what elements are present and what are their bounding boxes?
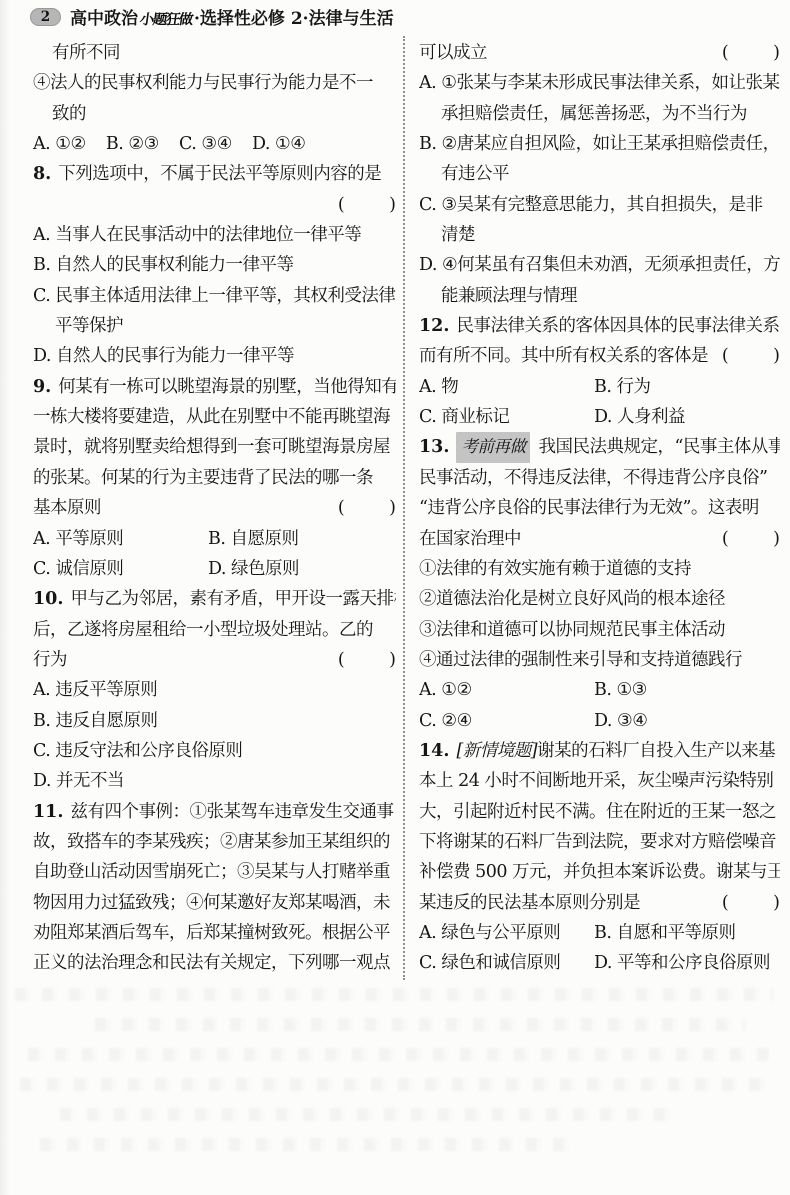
line-text: A. ①张某与李某未形成民事法律关系，如让张某: [419, 68, 779, 98]
answer-bracket: ( ): [722, 524, 780, 554]
stem-line: 后，乙遂将房屋租给一小型垃圾处理站。乙的: [33, 615, 396, 645]
stem-line: 正义的法治理念和民法有关规定，下列哪一观点: [33, 948, 396, 978]
option-c: C. 绿色和诚信原则: [419, 948, 594, 978]
line-text: 景时，就将别墅卖给想得到一套可眺望海景房屋: [33, 432, 390, 462]
line-text: 有所不同: [52, 38, 120, 68]
line-text: 劝阻郑某酒后驾车，后郑某撞树致死。根据公平: [33, 918, 390, 948]
option-line: C. 绿色和诚信原则D. 平等和公序良俗原则: [419, 948, 780, 978]
stem-line: 本上 24 小时不间断地开采，灰尘噪声污染特别: [419, 766, 780, 796]
stem-line: 基本原则( ): [33, 493, 396, 523]
answer-bracket: ( ): [338, 645, 396, 675]
line-text: 甲与乙为邻居，素有矛盾，甲开设一露天排档: [70, 584, 396, 614]
option-line: C. 违反守法和公序良俗原则: [33, 736, 396, 766]
stem-line: 的张某。何某的行为主要违背了民法的哪一条: [33, 463, 396, 493]
stem-line: “违背公序良俗的民事法律行为无效”。这表明: [419, 493, 780, 523]
option-line: C. ③吴某有完整意思能力，其自担损失，是非: [419, 190, 780, 220]
page-header: 2 高中政治小题狂做·选择性必修 2·法律与生活: [30, 4, 394, 29]
question-12-stem: 12.民事法律关系的客体因具体的民事法律关系: [419, 311, 780, 341]
option-b: B. 自愿原则: [208, 524, 299, 554]
continuation-line: 有所不同: [33, 38, 396, 68]
line-text: C. 民事主体适用法律上一律平等，其权利受法律: [33, 281, 395, 311]
option-line: C. ②④D. ③④: [419, 706, 780, 736]
stem-line: 某违反的民法基本原则分别是( ): [419, 888, 780, 918]
option-line: A. 绿色与公平原则B. 自愿和平等原则: [419, 918, 780, 948]
stem-line: 可以成立( ): [419, 38, 780, 68]
line-text: B. 违反自愿原则: [33, 706, 158, 736]
stem-line: 民事活动，不得违反法律，不得违背公序良俗”: [419, 463, 780, 493]
option-d: D. 平等和公序良俗原则: [594, 948, 770, 978]
option-line: D. 并无不当: [33, 766, 396, 796]
right-column: 可以成立( ) A. ①张某与李某未形成民事法律关系，如让张某 承担赔偿责任，属…: [419, 38, 780, 979]
line-text: 下将谢某的石料厂告到法院，要求对方赔偿噪音: [419, 827, 776, 857]
option-line: B. ②唐某应自担风险，如让王某承担赔偿责任，: [419, 129, 780, 159]
line-text: A. 违反平等原则: [33, 675, 157, 705]
page-number-badge: 2: [30, 8, 61, 26]
question-14-stem: 14.[新情境题]谢某的石料厂自投入生产以来基: [419, 736, 780, 766]
page-number: 2: [41, 9, 50, 25]
option-line: A. ①张某与李某未形成民事法律关系，如让张某: [419, 68, 780, 98]
line-text: 后，乙遂将房屋租给一小型垃圾处理站。乙的: [33, 615, 373, 645]
line-text: 一栋大楼将要建造，从此在别墅中不能再眺望海: [33, 402, 390, 432]
statement-line: ③法律和道德可以协同规范民事主体活动: [419, 615, 780, 645]
question-number: 12.: [419, 311, 449, 341]
option-line: D. ④何某虽有召集但未劝酒，无须承担责任，方: [419, 250, 780, 280]
option-a: A. 绿色与公平原则: [419, 918, 594, 948]
option-wrap-line: 平等保护: [33, 311, 396, 341]
question-number: 13.: [419, 432, 449, 462]
stem-line: 行为( ): [33, 645, 396, 675]
line-text: D. 并无不当: [33, 766, 124, 796]
line-text: 致的: [52, 99, 86, 129]
option-line: C. 诚信原则D. 绿色原则: [33, 554, 396, 584]
bleed-through-row: [20, 1078, 772, 1091]
option-a: A. 平等原则: [33, 524, 208, 554]
answer-bracket: ( ): [338, 493, 396, 523]
stem-line: 补偿费 500 万元，并负担本案诉讼费。谢某与王: [419, 857, 780, 887]
line-text: ④通过法律的强制性来引导和支持道德践行: [419, 645, 742, 675]
option-line: B. 违反自愿原则: [33, 706, 396, 736]
option-line: A. 物B. 行为: [419, 372, 780, 402]
line-text: 物因用力过猛致残；④何某邀好友郑某喝酒，未: [33, 888, 390, 918]
line-text: B. ②唐某应自担风险，如让王某承担赔偿责任，: [419, 129, 780, 159]
line-text: C. ③吴某有完整意思能力，其自担损失，是非: [419, 190, 763, 220]
line-text: 而有所不同。其中所有权关系的客体是: [419, 341, 708, 371]
stem-line: 而有所不同。其中所有权关系的客体是( ): [419, 341, 780, 371]
line-text: 能兼顾法理与情理: [441, 281, 577, 311]
line-text: 某违反的民法基本原则分别是: [419, 888, 640, 918]
line-text: A. ①② B. ②③ C. ③④ D. ①④: [33, 129, 305, 159]
line-text: ③法律和道德可以协同规范民事主体活动: [419, 615, 725, 645]
stem-line: 一栋大楼将要建造，从此在别墅中不能再眺望海: [33, 402, 396, 432]
question-number: 14.: [419, 736, 449, 766]
option-line: C. 民事主体适用法律上一律平等，其权利受法律: [33, 281, 396, 311]
line-text: 自助登山活动因雪崩死亡；③吴某与人打赌举重: [33, 857, 390, 887]
stem-line: 劝阻郑某酒后驾车，后郑某撞树致死。根据公平: [33, 918, 396, 948]
line-text: 民事法律关系的客体因具体的民事法律关系: [456, 311, 779, 341]
option-b: B. 行为: [594, 372, 651, 402]
bleed-through-row: [40, 1138, 580, 1151]
option-d: D. ③④: [594, 706, 647, 736]
option-c: C. ②④: [419, 706, 594, 736]
stem-line: 下将谢某的石料厂告到法院，要求对方赔偿噪音: [419, 827, 780, 857]
line-text: C. 违反守法和公序良俗原则: [33, 736, 242, 766]
question-10-stem: 10.甲与乙为邻居，素有矛盾，甲开设一露天排档: [33, 584, 396, 614]
line-text: 补偿费 500 万元，并负担本案诉讼费。谢某与王: [419, 857, 780, 887]
line-text: 有违公平: [441, 159, 509, 189]
scan-edge-shadow: [0, 0, 10, 1195]
line-text: 何某有一栋可以眺望海景的别墅，当他得知有: [58, 372, 396, 402]
workbook-page: { "header": { "page_number": "2", "cours…: [0, 0, 790, 1195]
book-title: 高中政治小题狂做·选择性必修 2·法律与生活: [70, 4, 394, 29]
stem-line: 物因用力过猛致残；④何某邀好友郑某喝酒，未: [33, 888, 396, 918]
bleed-through-row: [15, 988, 773, 1001]
line-text: 在国家治理中: [419, 524, 521, 554]
line-text: 基本原则: [33, 493, 101, 523]
line-text: “违背公序良俗的民事法律行为无效”。这表明: [419, 493, 759, 523]
bleed-through-row: [28, 1048, 770, 1061]
line-text: ④法人的民事权利能力与民事行为能力是不一: [33, 68, 373, 98]
line-text: 平等保护: [55, 311, 123, 341]
line-text: D. ④何某虽有召集但未劝酒，无须承担责任，方: [419, 250, 780, 280]
question-9-stem: 9.何某有一栋可以眺望海景的别墅，当他得知有: [33, 372, 396, 402]
bleed-through-row: [95, 1018, 745, 1031]
option-wrap-line: 清楚: [419, 220, 780, 250]
line-text: 清楚: [441, 220, 475, 250]
line-text: ②道德法治化是树立良好风尚的根本途径: [419, 584, 725, 614]
question-8-stem: 8.下列选项中，不属于民法平等原则内容的是: [33, 159, 396, 189]
answer-bracket: ( ): [338, 190, 396, 220]
option-b: B. 自愿和平等原则: [594, 918, 736, 948]
stem-line: 大，引起附近村民不满。住在附近的王某一怒之: [419, 797, 780, 827]
option-line: A. ①②B. ①③: [419, 675, 780, 705]
stem-line: 自助登山活动因雪崩死亡；③吴某与人打赌举重: [33, 857, 396, 887]
option-line: B. 自然人的民事权利能力一律平等: [33, 250, 396, 280]
line-text: 承担赔偿责任，属惩善扬恶，为不当行为: [441, 99, 747, 129]
line-text: 正义的法治理念和民法有关规定，下列哪一观点: [33, 948, 390, 978]
statement-line: 致的: [33, 99, 396, 129]
line-text: 的张某。何某的行为主要违背了民法的哪一条: [33, 463, 373, 493]
question-number: 9.: [33, 372, 51, 402]
line-text: 行为: [33, 645, 67, 675]
line-text: 我国民法典规定，“民事主体从事: [538, 432, 780, 462]
course-title: 高中政治: [70, 9, 138, 29]
stem-line: 在国家治理中( ): [419, 524, 780, 554]
option-wrap-line: 有违公平: [419, 159, 780, 189]
question-number: 10.: [33, 584, 63, 614]
question-number: 11.: [33, 797, 63, 827]
option-a: A. ①②: [419, 675, 594, 705]
xin-qingjing-tag: [新情境题]: [456, 736, 537, 766]
option-d: D. 绿色原则: [208, 554, 299, 584]
line-text: 民事活动，不得违反法律，不得违背公序良俗”: [419, 463, 767, 493]
line-text: 可以成立: [419, 38, 487, 68]
line-text: 本上 24 小时不间断地开采，灰尘噪声污染特别: [419, 766, 773, 796]
line-text: ①法律的有效实施有赖于道德的支持: [419, 554, 691, 584]
line-text: 大，引起附近村民不满。住在附近的王某一怒之: [419, 797, 776, 827]
stem-line: 景时，就将别墅卖给想得到一套可眺望海景房屋: [33, 432, 396, 462]
line-text: 谢某的石料厂自投入生产以来基: [537, 736, 775, 766]
line-text: D. 自然人的民事行为能力一律平等: [33, 341, 294, 371]
option-line: C. 商业标记D. 人身利益: [419, 402, 780, 432]
statement-line: ④法人的民事权利能力与民事行为能力是不一: [33, 68, 396, 98]
question-13-stem: 13.考前再做我国民法典规定，“民事主体从事: [419, 432, 780, 462]
option-c: C. 诚信原则: [33, 554, 208, 584]
option-c: C. 商业标记: [419, 402, 594, 432]
option-wrap-line: 承担赔偿责任，属惩善扬恶，为不当行为: [419, 99, 780, 129]
option-d: D. 人身利益: [594, 402, 685, 432]
option-line: A. 违反平等原则: [33, 675, 396, 705]
option-a: A. 物: [419, 372, 594, 402]
book-subtitle: ·选择性必修 2·法律与生活: [194, 9, 394, 29]
question-number: 8.: [33, 159, 51, 189]
option-b: B. ①③: [594, 675, 647, 705]
answer-bracket: ( ): [722, 38, 780, 68]
line-text: 故，致搭车的李某残疾；②唐某参加王某组织的: [33, 827, 390, 857]
option-wrap-line: 能兼顾法理与情理: [419, 281, 780, 311]
answer-bracket-line: ( ): [33, 190, 396, 220]
option-line: A. 当事人在民事活动中的法律地位一律平等: [33, 220, 396, 250]
stem-line: 故，致搭车的李某残疾；②唐某参加王某组织的: [33, 827, 396, 857]
statement-line: ①法律的有效实施有赖于道德的支持: [419, 554, 780, 584]
line-text: 下列选项中，不属于民法平等原则内容的是: [58, 159, 381, 189]
statement-line: ④通过法律的强制性来引导和支持道德践行: [419, 645, 780, 675]
option-line: D. 自然人的民事行为能力一律平等: [33, 341, 396, 371]
question-11-stem: 11.兹有四个事例：①张某驾车违章发生交通事: [33, 797, 396, 827]
answer-bracket: ( ): [722, 341, 780, 371]
line-text: B. 自然人的民事权利能力一律平等: [33, 250, 294, 280]
answer-bracket: ( ): [722, 888, 780, 918]
statement-line: ②道德法治化是树立良好风尚的根本途径: [419, 584, 780, 614]
brand-logo: 小题狂做: [139, 8, 194, 28]
line-text: A. 当事人在民事活动中的法律地位一律平等: [33, 220, 361, 250]
bleed-through-row: [60, 1108, 680, 1121]
option-line: A. 平等原则B. 自愿原则: [33, 524, 396, 554]
left-column: 有所不同 ④法人的民事权利能力与民事行为能力是不一 致的 A. ①② B. ②③…: [33, 38, 396, 979]
option-line: A. ①② B. ②③ C. ③④ D. ①④: [33, 129, 396, 159]
column-divider: [403, 36, 405, 980]
kaoqian-zaizuo-badge: 考前再做: [456, 432, 530, 462]
line-text: 兹有四个事例：①张某驾车违章发生交通事: [70, 797, 393, 827]
